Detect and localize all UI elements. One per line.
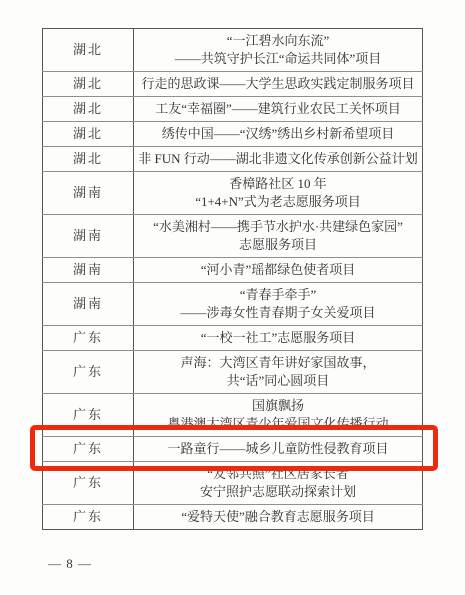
page-number: — 8 — bbox=[48, 556, 92, 572]
province-cell: 广东 bbox=[43, 437, 134, 462]
project-line: 志愿服务项目 bbox=[138, 236, 418, 254]
project-cell: “一江碧水向东流” ——共筑守护长江“命运共同体”项目 bbox=[134, 29, 423, 72]
table-row-highlighted: 广东 一路童行——城乡儿童防性侵教育项目 bbox=[43, 437, 423, 462]
project-cell: “爱特天使”融合教育志愿服务项目 bbox=[134, 505, 423, 530]
table-row: 湖南 “河小青”瑶都绿色使者项目 bbox=[43, 258, 423, 283]
project-line: ——涉毒女性青春期子女关爱项目 bbox=[138, 304, 418, 322]
project-line: “水美湘村——携手节水护水·共建绿色家园” bbox=[138, 218, 418, 236]
project-line: 香樟路社区 10 年 bbox=[138, 175, 418, 193]
project-line: 工友“幸福圈”——建筑行业农民工关怀项目 bbox=[138, 100, 418, 118]
project-cell: 声海：大湾区青年讲好家国故事， 共“话”同心圆项目 bbox=[134, 351, 423, 394]
project-line: 国旗飘扬 bbox=[138, 397, 418, 415]
table-row: 湖南 “青春手牵手” ——涉毒女性青春期子女关爱项目 bbox=[43, 283, 423, 326]
project-line: 非 FUN 行动——湖北非遗文化传承创新公益计划 bbox=[138, 150, 418, 168]
province-cell: 湖南 bbox=[43, 172, 134, 215]
project-cell: 香樟路社区 10 年 “1+4+N”式为老志愿服务项目 bbox=[134, 172, 423, 215]
project-cell: “青春手牵手” ——涉毒女性青春期子女关爱项目 bbox=[134, 283, 423, 326]
table-row: 广东 “友邻共照”社区居家长者 安宁照护志愿联动探索计划 bbox=[43, 462, 423, 505]
project-cell: 绣传中国——“汉绣”绣出乡村新希望项目 bbox=[134, 122, 423, 147]
province-cell: 广东 bbox=[43, 326, 134, 351]
table-row: 湖北 绣传中国——“汉绣”绣出乡村新希望项目 bbox=[43, 122, 423, 147]
table-row: 广东 声海：大湾区青年讲好家国故事， 共“话”同心圆项目 bbox=[43, 351, 423, 394]
province-cell: 湖北 bbox=[43, 29, 134, 72]
project-line: 声海：大湾区青年讲好家国故事， bbox=[138, 354, 418, 372]
project-cell: “友邻共照”社区居家长者 安宁照护志愿联动探索计划 bbox=[134, 462, 423, 505]
project-line: 行走的思政课——大学生思政实践定制服务项目 bbox=[138, 75, 418, 93]
project-line: “友邻共照”社区居家长者 bbox=[138, 465, 418, 483]
table-row: 湖北 工友“幸福圈”——建筑行业农民工关怀项目 bbox=[43, 97, 423, 122]
table-row: 广东 “一校一社工”志愿服务项目 bbox=[43, 326, 423, 351]
project-cell: “一校一社工”志愿服务项目 bbox=[134, 326, 423, 351]
project-line: 绣传中国——“汉绣”绣出乡村新希望项目 bbox=[138, 125, 418, 143]
project-cell: 行走的思政课——大学生思政实践定制服务项目 bbox=[134, 72, 423, 97]
province-cell: 湖北 bbox=[43, 72, 134, 97]
project-line: 一路童行——城乡儿童防性侵教育项目 bbox=[138, 440, 418, 458]
project-line: 共“话”同心圆项目 bbox=[138, 372, 418, 390]
document-page: 湖北 “一江碧水向东流” ——共筑守护长江“命运共同体”项目 湖北 行走的思政课… bbox=[0, 0, 465, 595]
project-line: “爱特天使”融合教育志愿服务项目 bbox=[138, 508, 418, 526]
table-row: 广东 国旗飘扬 粤港澳大湾区青少年爱国文化传播行动 bbox=[43, 394, 423, 437]
table-row: 广东 “爱特天使”融合教育志愿服务项目 bbox=[43, 505, 423, 530]
project-cell: 一路童行——城乡儿童防性侵教育项目 bbox=[134, 437, 423, 462]
project-line: “河小青”瑶都绿色使者项目 bbox=[138, 261, 418, 279]
province-cell: 湖南 bbox=[43, 258, 134, 283]
project-cell: “水美湘村——携手节水护水·共建绿色家园” 志愿服务项目 bbox=[134, 215, 423, 258]
project-line: “一江碧水向东流” bbox=[138, 32, 418, 50]
province-cell: 湖北 bbox=[43, 97, 134, 122]
table-row: 湖北 “一江碧水向东流” ——共筑守护长江“命运共同体”项目 bbox=[43, 29, 423, 72]
table-row: 湖南 香樟路社区 10 年 “1+4+N”式为老志愿服务项目 bbox=[43, 172, 423, 215]
province-cell: 广东 bbox=[43, 351, 134, 394]
project-line: 粤港澳大湾区青少年爱国文化传播行动 bbox=[138, 415, 418, 433]
table-row: 湖北 行走的思政课——大学生思政实践定制服务项目 bbox=[43, 72, 423, 97]
project-cell: 非 FUN 行动——湖北非遗文化传承创新公益计划 bbox=[134, 147, 423, 172]
province-cell: 广东 bbox=[43, 462, 134, 505]
province-cell: 湖北 bbox=[43, 122, 134, 147]
province-cell: 广东 bbox=[43, 394, 134, 437]
project-line: “1+4+N”式为老志愿服务项目 bbox=[138, 193, 418, 211]
project-line: 安宁照护志愿联动探索计划 bbox=[138, 483, 418, 501]
province-cell: 广东 bbox=[43, 505, 134, 530]
province-cell: 湖南 bbox=[43, 283, 134, 326]
project-cell: 国旗飘扬 粤港澳大湾区青少年爱国文化传播行动 bbox=[134, 394, 423, 437]
province-cell: 湖南 bbox=[43, 215, 134, 258]
project-line: ——共筑守护长江“命运共同体”项目 bbox=[138, 50, 418, 68]
table-row: 湖北 非 FUN 行动——湖北非遗文化传承创新公益计划 bbox=[43, 147, 423, 172]
province-cell: 湖北 bbox=[43, 147, 134, 172]
projects-table: 湖北 “一江碧水向东流” ——共筑守护长江“命运共同体”项目 湖北 行走的思政课… bbox=[42, 28, 423, 530]
project-cell: “河小青”瑶都绿色使者项目 bbox=[134, 258, 423, 283]
project-line: “青春手牵手” bbox=[138, 286, 418, 304]
project-cell: 工友“幸福圈”——建筑行业农民工关怀项目 bbox=[134, 97, 423, 122]
project-line: “一校一社工”志愿服务项目 bbox=[138, 329, 418, 347]
table-row: 湖南 “水美湘村——携手节水护水·共建绿色家园” 志愿服务项目 bbox=[43, 215, 423, 258]
